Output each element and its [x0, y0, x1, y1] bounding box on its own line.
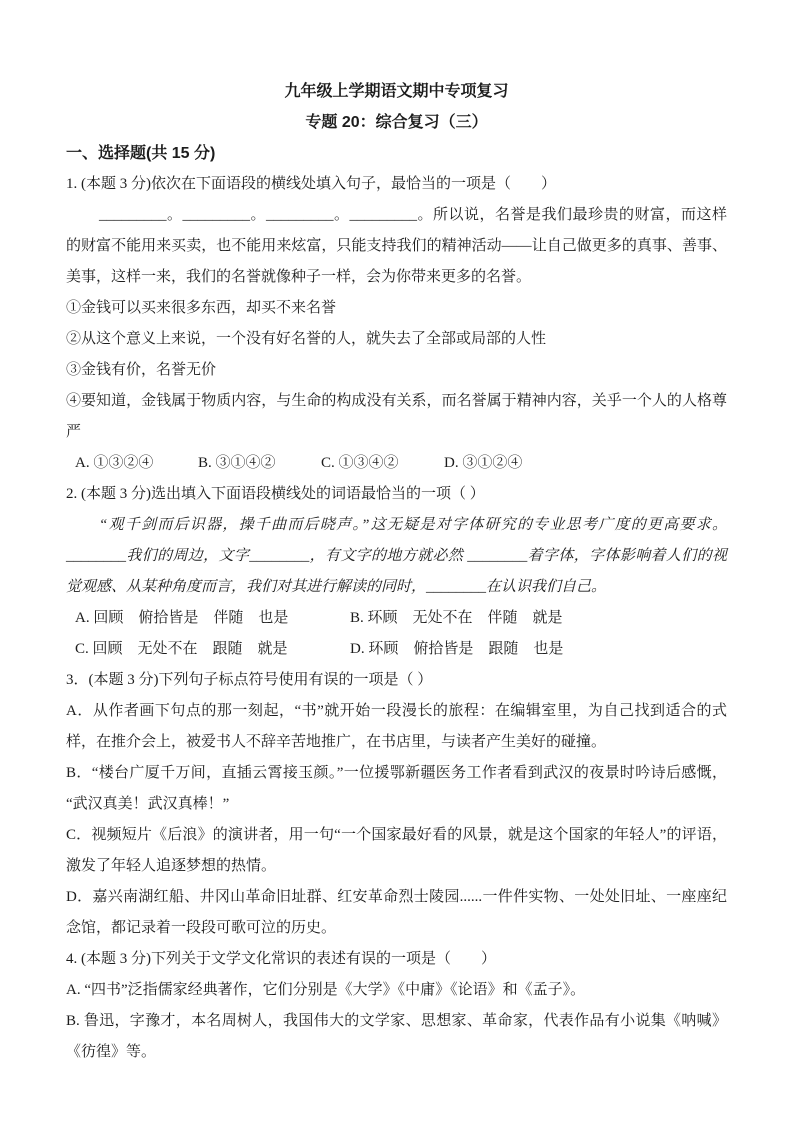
question-2-option-d: D. 环顾 俯拾皆是 跟随 也是: [350, 634, 727, 665]
question-1-stem: 1. (本题 3 分)依次在下面语段的横线处填入句子，最恰当的一项是（ ）: [66, 169, 727, 200]
question-2-option-c: C. 回顾 无处不在 跟随 就是: [75, 634, 350, 665]
document-subtitle: 专题 20：综合复习（三）: [66, 107, 727, 138]
question-2-option-b: B. 环顾 无处不在 伴随 就是: [350, 603, 727, 634]
question-3-option-c: C．视频短片《后浪》的演讲者，用一句“一个国家最好看的风景，就是这个国家的年轻人…: [66, 820, 727, 882]
question-1-options-row: A. ①③②④ B. ③①④② C. ①③④② D. ③①②④: [66, 448, 727, 479]
question-2-passage: “观千剑而后识器，操千曲而后晓声。”这无疑是对字体研究的专业思考广度的更高要求。…: [66, 510, 727, 603]
question-1-sentence-2: ②从这个意义上来说，一个没有好名誉的人，就失去了全部或局部的人性: [66, 324, 727, 355]
question-3-option-d: D．嘉兴南湖红船、井冈山革命旧址群、红安革命烈士陵园......一件件实物、一处…: [66, 882, 727, 944]
question-1-sentence-3: ③金钱有价，名誉无价: [66, 355, 727, 386]
exam-document-page: 九年级上学期语文期中专项复习 专题 20：综合复习（三） 一、选择题(共 15 …: [0, 0, 793, 1122]
question-2-stem: 2. (本题 3 分)选出填入下面语段横线处的词语最恰当的一项（ ）: [66, 479, 727, 510]
question-3-stem: 3．(本题 3 分)下列句子标点符号使用有误的一项是（ ）: [66, 665, 727, 696]
question-1-option-d: D. ③①②④: [444, 448, 727, 479]
question-3-option-b: B．“楼台广厦千万间，直插云霄接玉颜。”一位援鄂新疆医务工作者看到武汉的夜景时吟…: [66, 758, 727, 820]
question-2-options-grid: A. 回顾 俯拾皆是 伴随 也是 B. 环顾 无处不在 伴随 就是 C. 回顾 …: [66, 603, 727, 665]
question-4-option-a: A. “四书”泛指儒家经典著作，它们分别是《大学》《中庸》《论语》和《孟子》。: [66, 975, 727, 1006]
question-1-option-a: A. ①③②④: [75, 448, 198, 479]
question-1-option-b: B. ③①④②: [198, 448, 321, 479]
question-1-option-c: C. ①③④②: [321, 448, 444, 479]
question-2-option-a: A. 回顾 俯拾皆是 伴随 也是: [75, 603, 350, 634]
document-title: 九年级上学期语文期中专项复习: [66, 76, 727, 107]
question-4-option-b: B. 鲁迅，字豫才，本名周树人，我国伟大的文学家、思想家、革命家，代表作品有小说…: [66, 1006, 727, 1068]
section-heading-multiple-choice: 一、选择题(共 15 分): [66, 138, 727, 169]
question-3-option-a: A．从作者画下句点的那一刻起，“书”就开始一段漫长的旅程：在编辑室里，为自己找到…: [66, 696, 727, 758]
question-1-sentence-1: ①金钱可以买来很多东西，却买不来名誉: [66, 293, 727, 324]
question-4-stem: 4. (本题 3 分)下列关于文学文化常识的表述有误的一项是（ ）: [66, 944, 727, 975]
question-1-passage: _________。_________。_________。_________。…: [66, 200, 727, 293]
question-1-sentence-4: ④要知道，金钱属于物质内容，与生命的构成没有关系，而名誉属于精神内容，关乎一个人…: [66, 386, 727, 448]
